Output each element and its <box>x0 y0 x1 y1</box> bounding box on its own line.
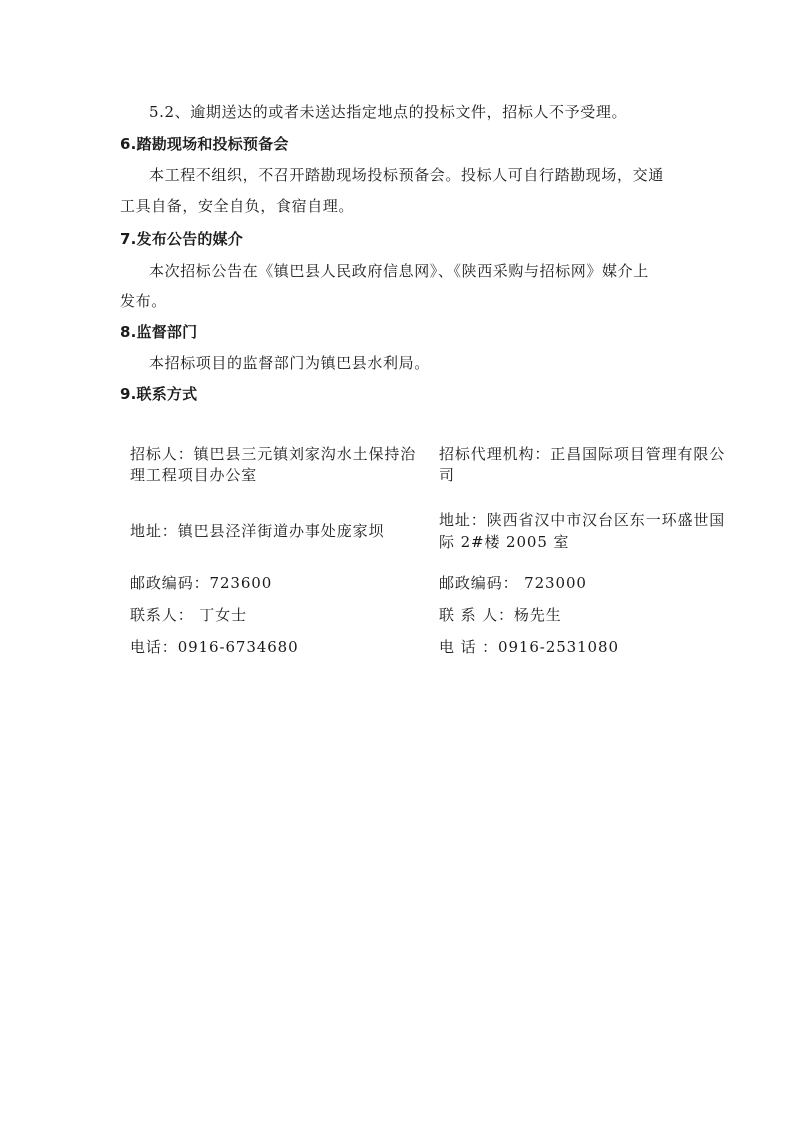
clause-5-2: 5.2、逾期送达的或者未送达指定地点的投标文件，招标人不予受理。 <box>149 102 627 122</box>
section-6-text-line-2: 工具自备，安全自负，食宿自理。 <box>120 196 354 216</box>
agency-contact: 联 系 人：杨先生 <box>439 605 562 626</box>
tenderer-line-2: 理工程项目办公室 <box>130 465 257 486</box>
agency-line-2: 司 <box>439 465 455 486</box>
agency-address-line-2: 际 2#楼 2005 室 <box>439 532 569 553</box>
tenderer-contact: 联系人： 丁女士 <box>130 605 247 626</box>
section-8-text-line-1: 本招标项目的监督部门为镇巴县水利局。 <box>149 353 430 373</box>
agency-phone: 电 话 ：0916-2531080 <box>439 637 619 658</box>
section-6-heading: 6.踏勘现场和投标预备会 <box>120 134 289 154</box>
tenderer-phone: 电话：0916-6734680 <box>130 637 299 658</box>
section-7-heading: 7.发布公告的媒介 <box>120 229 243 249</box>
agency-postcode: 邮政编码： 723000 <box>439 573 587 594</box>
tenderer-address: 地址：镇巴县泾洋街道办事处庞家坝 <box>130 521 384 542</box>
tenderer-line-1: 招标人：镇巴县三元镇刘家沟水土保持治 <box>130 444 416 465</box>
section-9-heading: 9.联系方式 <box>120 384 197 404</box>
section-7-text-line-2: 发布。 <box>120 291 167 311</box>
section-6-text-line-1: 本工程不组织，不召开踏勘现场投标预备会。投标人可自行踏勘现场，交通 <box>149 165 664 185</box>
section-8-heading: 8.监督部门 <box>120 322 197 342</box>
agency-address-line-1: 地址：陕西省汉中市汉台区东一环盛世国 <box>439 510 725 531</box>
agency-line-1: 招标代理机构：正昌国际项目管理有限公 <box>439 444 725 465</box>
tenderer-postcode: 邮政编码：723600 <box>130 573 272 594</box>
section-7-text-line-1: 本次招标公告在《镇巴县人民政府信息网》、《陕西采购与招标网》媒介上 <box>149 261 649 281</box>
